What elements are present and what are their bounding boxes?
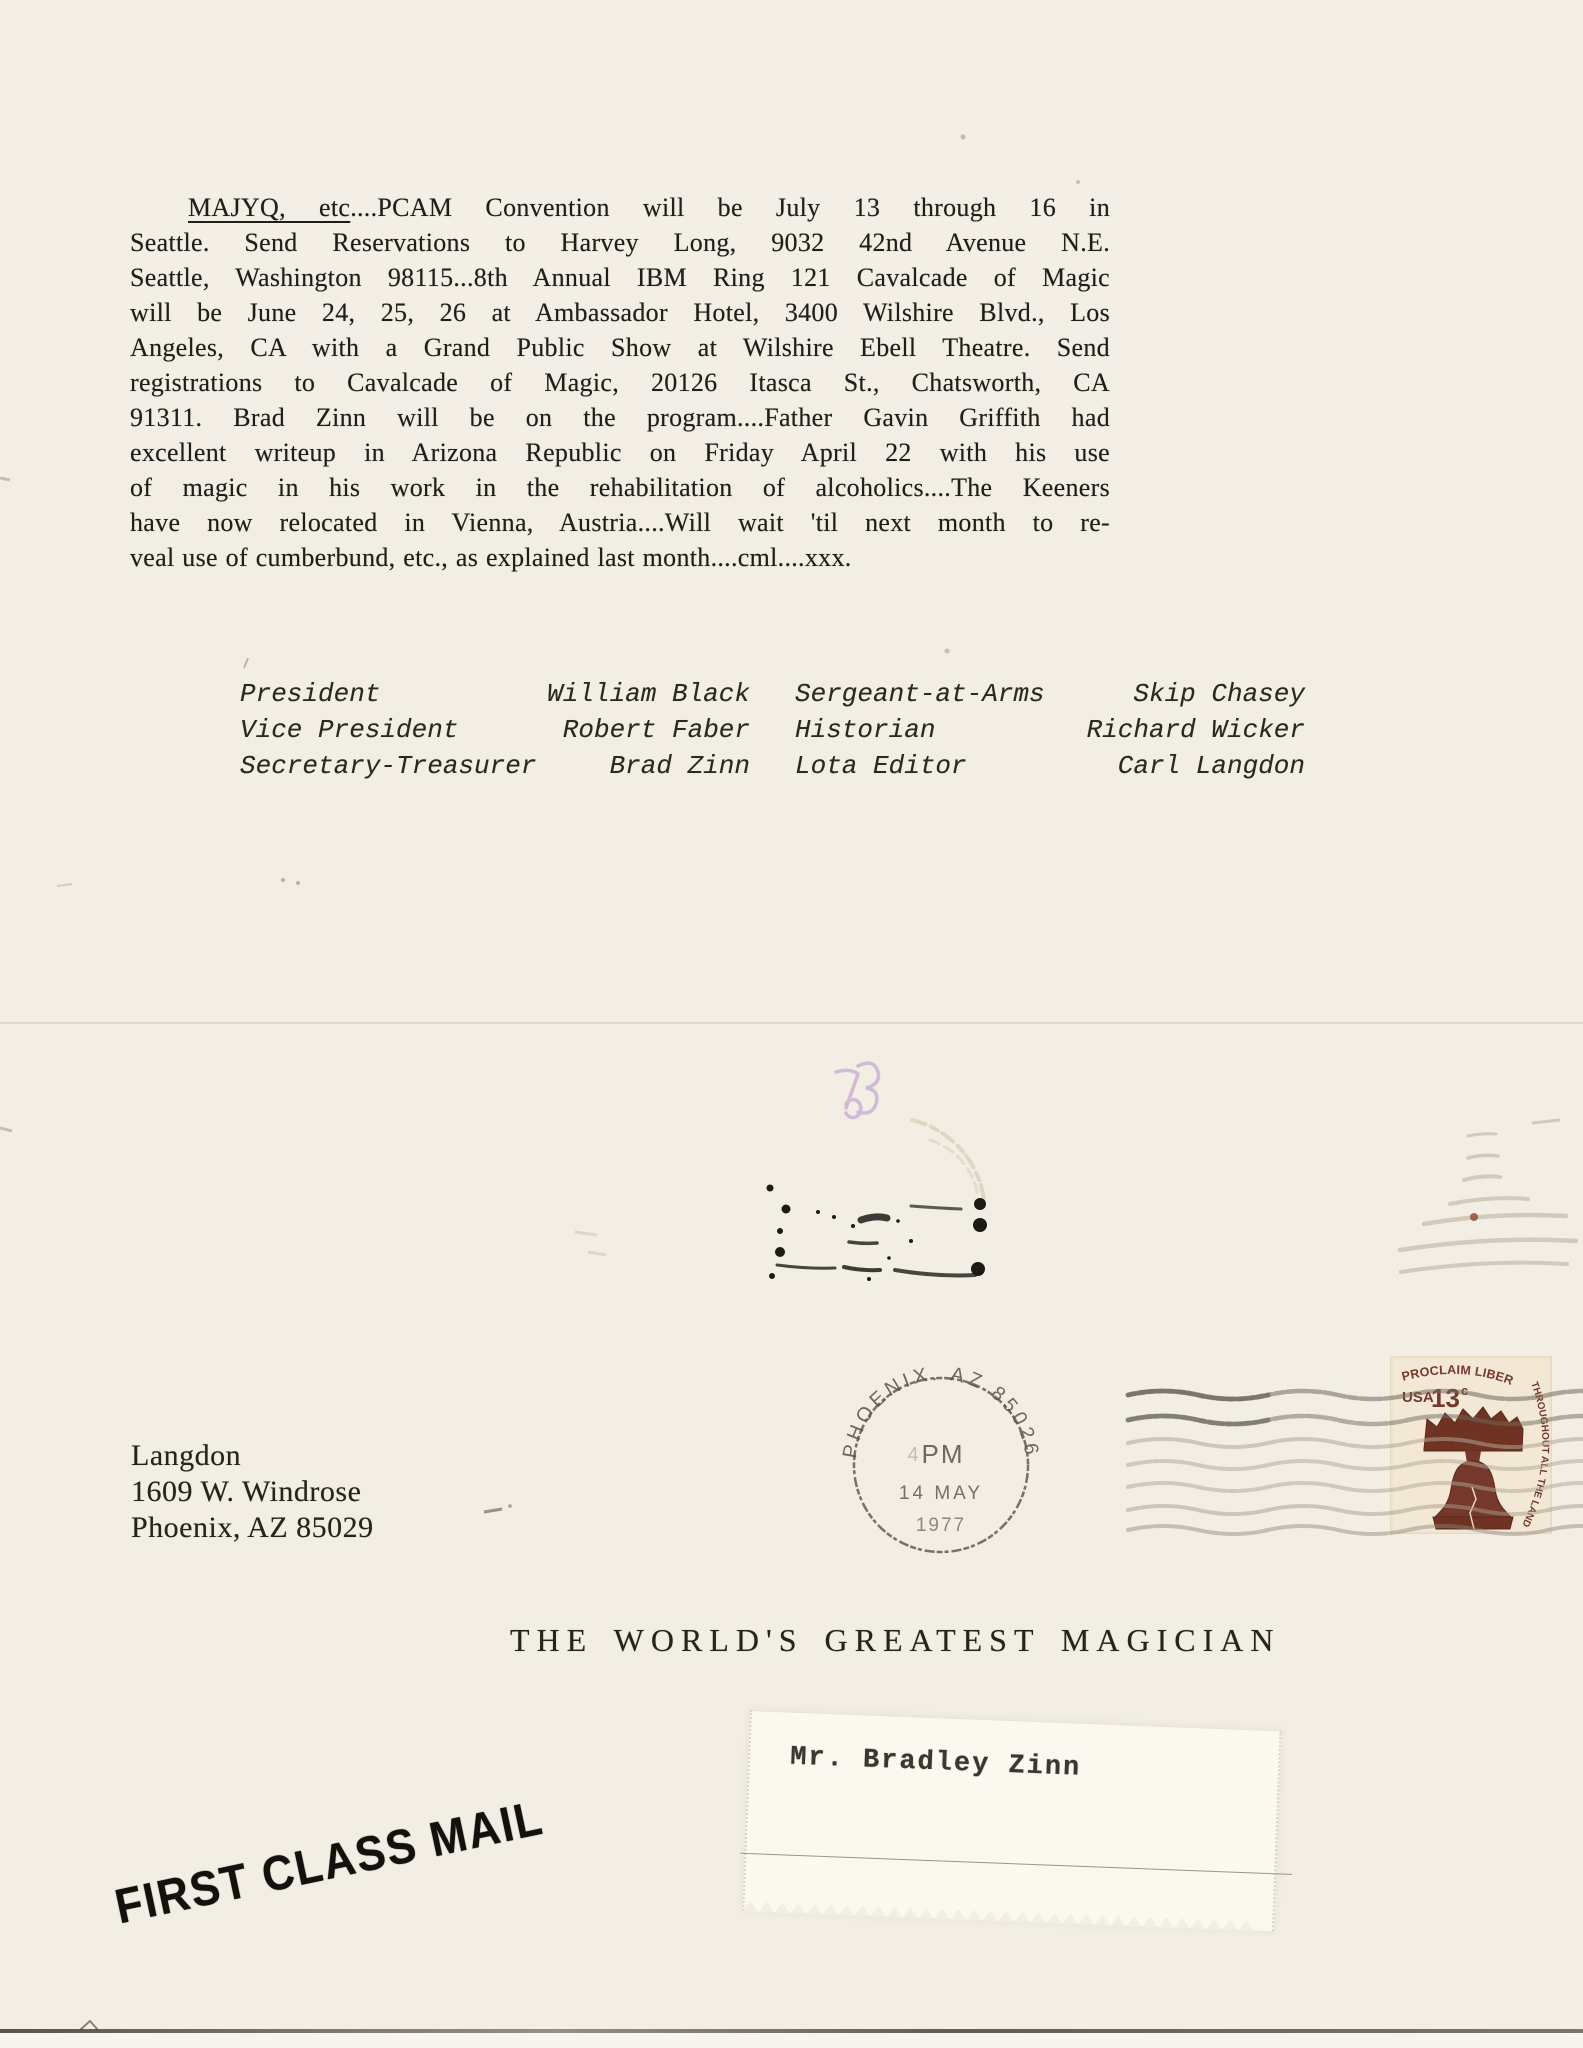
stamp-country: USA [1402,1389,1434,1406]
return-address-line: Phoenix, AZ 85029 [131,1510,374,1546]
return-address-line: 1609 W. Windrose [131,1474,374,1510]
postmark-year: 1977 [916,1515,966,1536]
officer-office: Lota Editor [750,748,1055,784]
letter-line: 91311. Brad Zinn will be on the program.… [130,400,1110,435]
stamp-denomination: 13 [1431,1383,1460,1413]
label-cut-line [740,1853,1292,1875]
ink-dot-brown [1470,1213,1478,1221]
officer-office: Historian [750,712,1055,748]
svg-text:THROUGHOUT ALL THE LAND: THROUGHOUT ALL THE LAND [1519,1380,1550,1528]
officer-name: Skip Chasey [1055,676,1305,712]
address-label: Mr. Bradley Zinn [742,1710,1281,1931]
letter-line: Seattle, Washington 98115...8th Annual I… [130,260,1110,295]
officer-office: President [240,676,540,712]
recipient-name: Mr. Bradley Zinn [790,1743,1082,1784]
return-address: Langdon 1609 W. Windrose Phoenix, AZ 850… [131,1438,374,1546]
officer-list: President William Black Sergeant-at-Arms… [240,676,1305,784]
letter-line: veal use of cumberbund, etc., as explain… [130,540,1110,575]
return-address-line: Langdon [131,1438,374,1474]
ink-speck-cluster [767,1185,988,1282]
officer-office: Sergeant-at-Arms [750,676,1055,712]
officer-name: Richard Wicker [1055,712,1305,748]
letter-line: Angeles, CA with a Grand Public Show at … [130,330,1110,365]
postmark-hour: 4 [907,1444,918,1466]
ink-streaks [777,1206,975,1275]
officer-office: Vice President [240,712,540,748]
liberty-bell-icon [1424,1407,1523,1529]
officer-office: Secretary-Treasurer [240,748,540,784]
cancel-arc-ghost [912,1120,984,1200]
postmark-date: 14 MAY [899,1483,983,1504]
postmark-time: PM [922,1439,965,1469]
officer-name: William Black [540,676,750,712]
letter-line: Seattle. Send Reservations to Harvey Lon… [130,225,1110,260]
liberty-bell-stamp: PROCLAIM LIBERTY THROUGHOUT ALL THE LAND… [1390,1356,1552,1534]
officer-name: Carl Langdon [1055,748,1305,784]
first-class-mail-stamp: FIRST CLASS MAIL [110,1788,548,1935]
newsletter-title: MAJYQ, etc [188,193,350,222]
stamp-denomination-unit: c [1461,1383,1468,1398]
purple-pencil-mark [836,1063,879,1118]
newsletter-paragraph: MAJYQ, etc....PCAM Convention will be Ju… [130,190,1110,575]
fold-crease [0,1022,1583,1024]
letter-line: have now relocated in Vienna, Austria...… [130,505,1110,540]
officer-name: Robert Faber [540,712,750,748]
stamp-art: PROCLAIM LIBERTY THROUGHOUT ALL THE LAND… [1391,1357,1551,1533]
page-bottom-margin [0,2033,1583,2048]
stamp-slogan-side: THROUGHOUT ALL THE LAND [1519,1380,1550,1528]
letter-line: MAJYQ, etc....PCAM Convention will be Ju… [130,190,1110,225]
tagline: THE WORLD'S GREATEST MAGICIAN [510,1622,1280,1659]
cancel-fan-ghost [1400,1120,1576,1272]
letter-line: excellent writeup in Arizona Republic on… [130,435,1110,470]
officer-name: Brad Zinn [540,748,750,784]
label-zigzag-edge [742,1900,1274,1932]
letter-line: registrations to Cavalcade of Magic, 201… [130,365,1110,400]
letter-line: will be June 24, 25, 26 at Ambassador Ho… [130,295,1110,330]
postmark: PHOENIX. AZ 85026 4 PM 14 MAY 1977 [833,1357,1049,1573]
scanned-mail-page: MAJYQ, etc....PCAM Convention will be Ju… [0,0,1583,2048]
letter-line-text: ....PCAM Convention will be July 13 thro… [350,193,1110,222]
letter-line: of magic in his work in the rehabilitati… [130,470,1110,505]
